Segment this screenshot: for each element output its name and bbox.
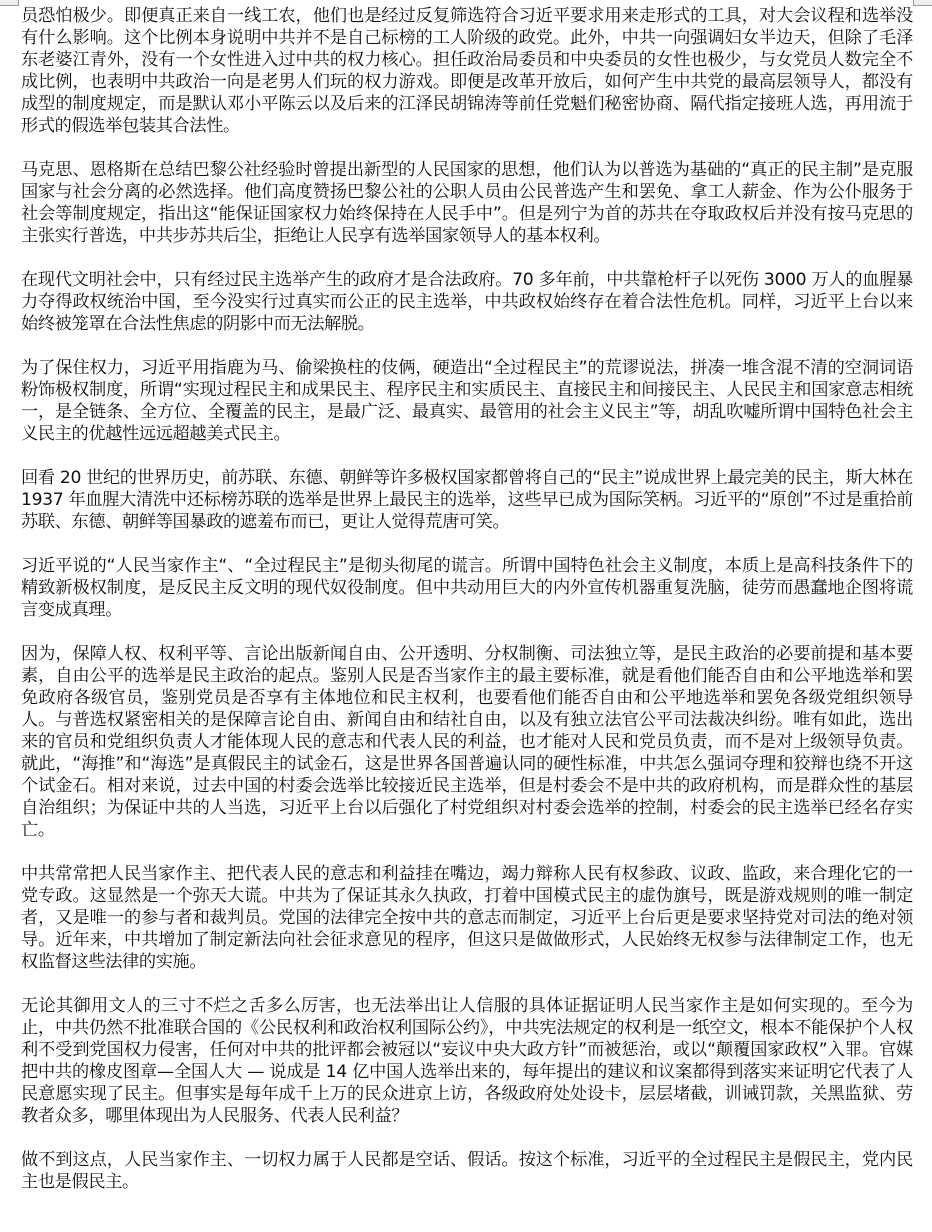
paragraph-1: 员恐怕极少。即便真正来自一线工农，他们也是经过反复筛选符合习近平要求用来走形式的… [21, 5, 913, 137]
paragraph-8: 中共常常把人民当家作主、把代表人民的意志和利益挂在嘴边，竭力辩称人民有权参政、议… [21, 863, 913, 973]
paragraph-9: 无论其御用文人的三寸不烂之舌多么厉害，也无法举出让人信服的具体证据证明人民当家作… [21, 995, 913, 1127]
document-body: 员恐怕极少。即便真正来自一线工农，他们也是经过反复筛选符合习近平要求用来走形式的… [21, 5, 913, 1215]
crop-corner-mark-right [913, 0, 932, 6]
paragraph-10: 做不到这点，人民当家作主、一切权力属于人民都是空话、假话。按这个标准，习近平的全… [21, 1149, 913, 1193]
paragraph-6: 习近平说的“人民当家作主“、“全过程民主”是彻头彻尾的谎言。所谓中国特色社会主义… [21, 555, 913, 621]
paragraph-3: 在现代文明社会中，只有经过民主选举产生的政府才是合法政府。70 多年前，中共靠枪… [21, 269, 913, 335]
paragraph-7: 因为，保障人权、权利平等、言论出版新闻自由、公开透明、分权制衡、司法独立等，是民… [21, 643, 913, 841]
paragraph-2: 马克思、恩格斯在总结巴黎公社经验时曾提出新型的人民国家的思想，他们认为以普选为基… [21, 159, 913, 247]
crop-corner-mark-left [0, 0, 19, 6]
paragraph-4: 为了保住权力，习近平用指鹿为马、偷梁换柱的伎俩，硬造出“全过程民主”的荒谬说法，… [21, 357, 913, 445]
paragraph-5: 回看 20 世纪的世界历史，前苏联、东德、朝鲜等许多极权国家都曾将自己的“民主”… [21, 467, 913, 533]
